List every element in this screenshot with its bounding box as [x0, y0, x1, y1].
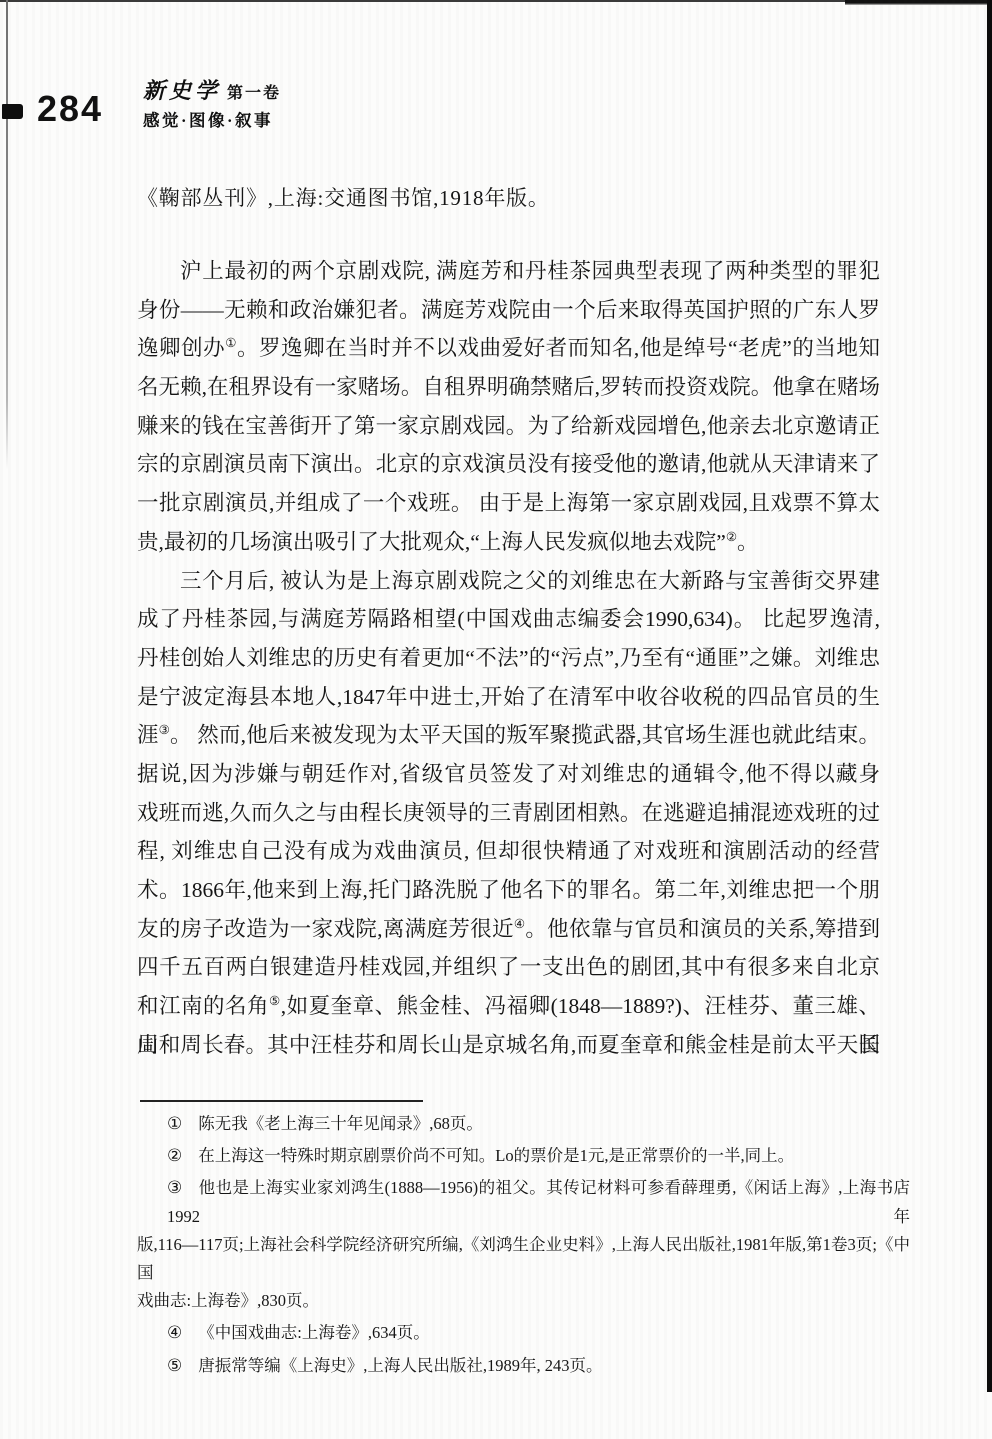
body-line: 程, 刘维忠自己没有成为戏曲演员, 但却很快精通了对戏班和演剧活动的经营: [137, 832, 880, 871]
body-line: 术。1866年,他来到上海,托门路洗脱了他名下的罪名。第二年,刘维忠把一个朋: [137, 871, 880, 910]
page-number: 284: [37, 88, 103, 130]
footnote-item: ②在上海这一特殊时期京剧票价尚不可知。Lo的票价是1元,是正常票价的一半,同上。: [137, 1142, 910, 1170]
footnote-item: ①陈无我《老上海三十年见闻录》,68页。: [137, 1110, 910, 1138]
body-line: 逸卿创办①。罗逸卿在当时并不以戏曲爱好者而知名,他是绰号“老虎”的当地知: [137, 329, 880, 368]
body-line: 赚来的钱在宝善街开了第一家京剧戏园。为了给新戏园增色,他亲去北京邀请正: [137, 407, 880, 446]
header-subtitle: 感觉·图像·叙事: [143, 107, 281, 131]
running-header: 新史学第一卷 感觉·图像·叙事: [143, 74, 281, 131]
footnote-item: ⑤唐振常等编《上海史》,上海人民出版社,1989年, 243页。: [137, 1352, 910, 1380]
footnotes: ①陈无我《老上海三十年见闻录》,68页。②在上海这一特殊时期京剧票价尚不可知。L…: [137, 1110, 910, 1384]
body-line: 成了丹桂茶园,与满庭芳隔路相望(中国戏曲志编委会1990,634)。 比起罗逸清…: [137, 600, 880, 639]
footnote-item: ④《中国戏曲志:上海卷》,634页。: [137, 1319, 910, 1347]
footnote-item: ③他也是上海实业家刘鸿生(1888—1956)的祖父。其传记材料可参看薛理勇,《…: [137, 1174, 910, 1315]
footnote-marker: ⑤: [167, 1352, 182, 1380]
body-line: 沪上最初的两个京剧戏院, 满庭芳和丹桂茶园典型表现了两种类型的罪犯: [137, 252, 880, 291]
footnote-line: ①陈无我《老上海三十年见闻录》,68页。: [137, 1110, 910, 1138]
footnote-line: 版,116—117页;上海社会科学院经济研究所编,《刘鸿生企业史料》,上海人民出…: [137, 1231, 910, 1287]
body-line: 贵,最初的几场演出吸引了大批观众,“上海人民发疯似地去戏院”②。: [137, 523, 880, 562]
footnote-ref: ②: [726, 530, 737, 544]
footnote-ref: ③: [159, 723, 170, 737]
volume-label: 第一卷: [227, 85, 281, 102]
header-title-line: 新史学第一卷: [143, 74, 281, 104]
body-line: 身份——无赖和政治嫌犯者。满庭芳戏院由一个后来取得英国护照的广东人罗: [137, 291, 880, 330]
footnote-ref: ①: [225, 336, 237, 350]
body-line: 友的房子改造为一家戏院,离满庭芳很近④。他依靠与官员和演员的关系,筹措到: [137, 910, 880, 949]
footnote-line: 戏曲志:上海卷》,830页。: [137, 1287, 910, 1315]
scan-right-edge: [987, 0, 992, 1392]
paragraph: 沪上最初的两个京剧戏院, 满庭芳和丹桂茶园典型表现了两种类型的罪犯身份——无赖和…: [137, 252, 880, 562]
paragraph: 三个月后, 被认为是上海京剧戏院之父的刘维忠在大新路与宝善街交界建成了丹桂茶园,…: [137, 562, 880, 1065]
footnote-marker: ①: [167, 1110, 182, 1138]
footnote-marker: ④: [167, 1319, 182, 1347]
footnote-marker: ③: [167, 1174, 182, 1202]
body-line: 三个月后, 被认为是上海京剧戏院之父的刘维忠在大新路与宝善街交界建: [137, 562, 880, 601]
body-line: 据说,因为涉嫌与朝廷作对,省级官员签发了对刘维忠的通辑令,他不得以藏身: [137, 755, 880, 794]
footnote-line: ④《中国戏曲志:上海卷》,634页。: [137, 1319, 910, 1347]
page-edge-tab: [2, 104, 23, 119]
footnote-marker: ②: [167, 1142, 182, 1170]
body-text: 沪上最初的两个京剧戏院, 满庭芳和丹桂茶园典型表现了两种类型的罪犯身份——无赖和…: [137, 252, 880, 1064]
body-line: 四千五百两白银建造丹桂戏园,并组织了一支出色的剧团,其中有很多来自北京: [137, 948, 880, 987]
body-line: 涯③。 然而,他后来被发现为太平天国的叛军聚揽武器,其官场生涯也就此结束。: [137, 716, 880, 755]
body-line: 名无赖,在租界设有一家赌场。自租界明确禁赌后,罗转而投资戏院。他拿在赌场: [137, 368, 880, 407]
footnote-line: ②在上海这一特殊时期京剧票价尚不可知。Lo的票价是1元,是正常票价的一半,同上。: [137, 1142, 910, 1170]
reference-line: 《鞠部丛刊》,上海:交通图书馆,1918年版。: [137, 182, 882, 212]
footnote-line: ③他也是上海实业家刘鸿生(1888—1956)的祖父。其传记材料可参看薛理勇,《…: [137, 1174, 910, 1230]
footnote-line: ⑤唐振常等编《上海史》,上海人民出版社,1989年, 243页。: [137, 1352, 910, 1380]
book-page: 284 新史学第一卷 感觉·图像·叙事 《鞠部丛刊》,上海:交通图书馆,1918…: [0, 0, 992, 1439]
footnote-ref: ⑤: [269, 994, 281, 1008]
scan-top-edge-dark-segment: [845, 0, 987, 5]
body-line: 丹桂创始人刘维忠的历史有着更加“不法”的“污点”,乃至有“通匪”之嫌。刘维忠: [137, 639, 880, 678]
body-line: 和江南的名角⑤,如夏奎章、熊金桂、冯福卿(1848—1889?)、汪桂芬、董三雄…: [137, 987, 880, 1026]
body-line: 是宁波定海县本地人,1847年中进士,开始了在清军中收谷收税的四品官员的生: [137, 678, 880, 717]
series-title: 新史学: [143, 78, 221, 103]
scan-top-edge: [0, 0, 992, 2]
scan-left-hairline: [6, 0, 8, 470]
body-line: 一批京剧演员,并组成了一个戏班。 由于是上海第一家京剧戏园,且戏票不算太: [137, 484, 880, 523]
body-line: 戏班而逃,久而久之与由程长庚领导的三青剧团相熟。在逃避追捕混迹戏班的过: [137, 794, 880, 833]
footnote-ref: ④: [514, 917, 526, 931]
body-line: 山和周长春。其中汪桂芬和周长山是京城名角,而夏奎章和熊金桂是前太平天国: [137, 1026, 880, 1065]
body-line: 宗的京剧演员南下演出。北京的京戏演员没有接受他的邀请,他就从天津请来了: [137, 445, 880, 484]
footnote-separator: [140, 1100, 423, 1102]
